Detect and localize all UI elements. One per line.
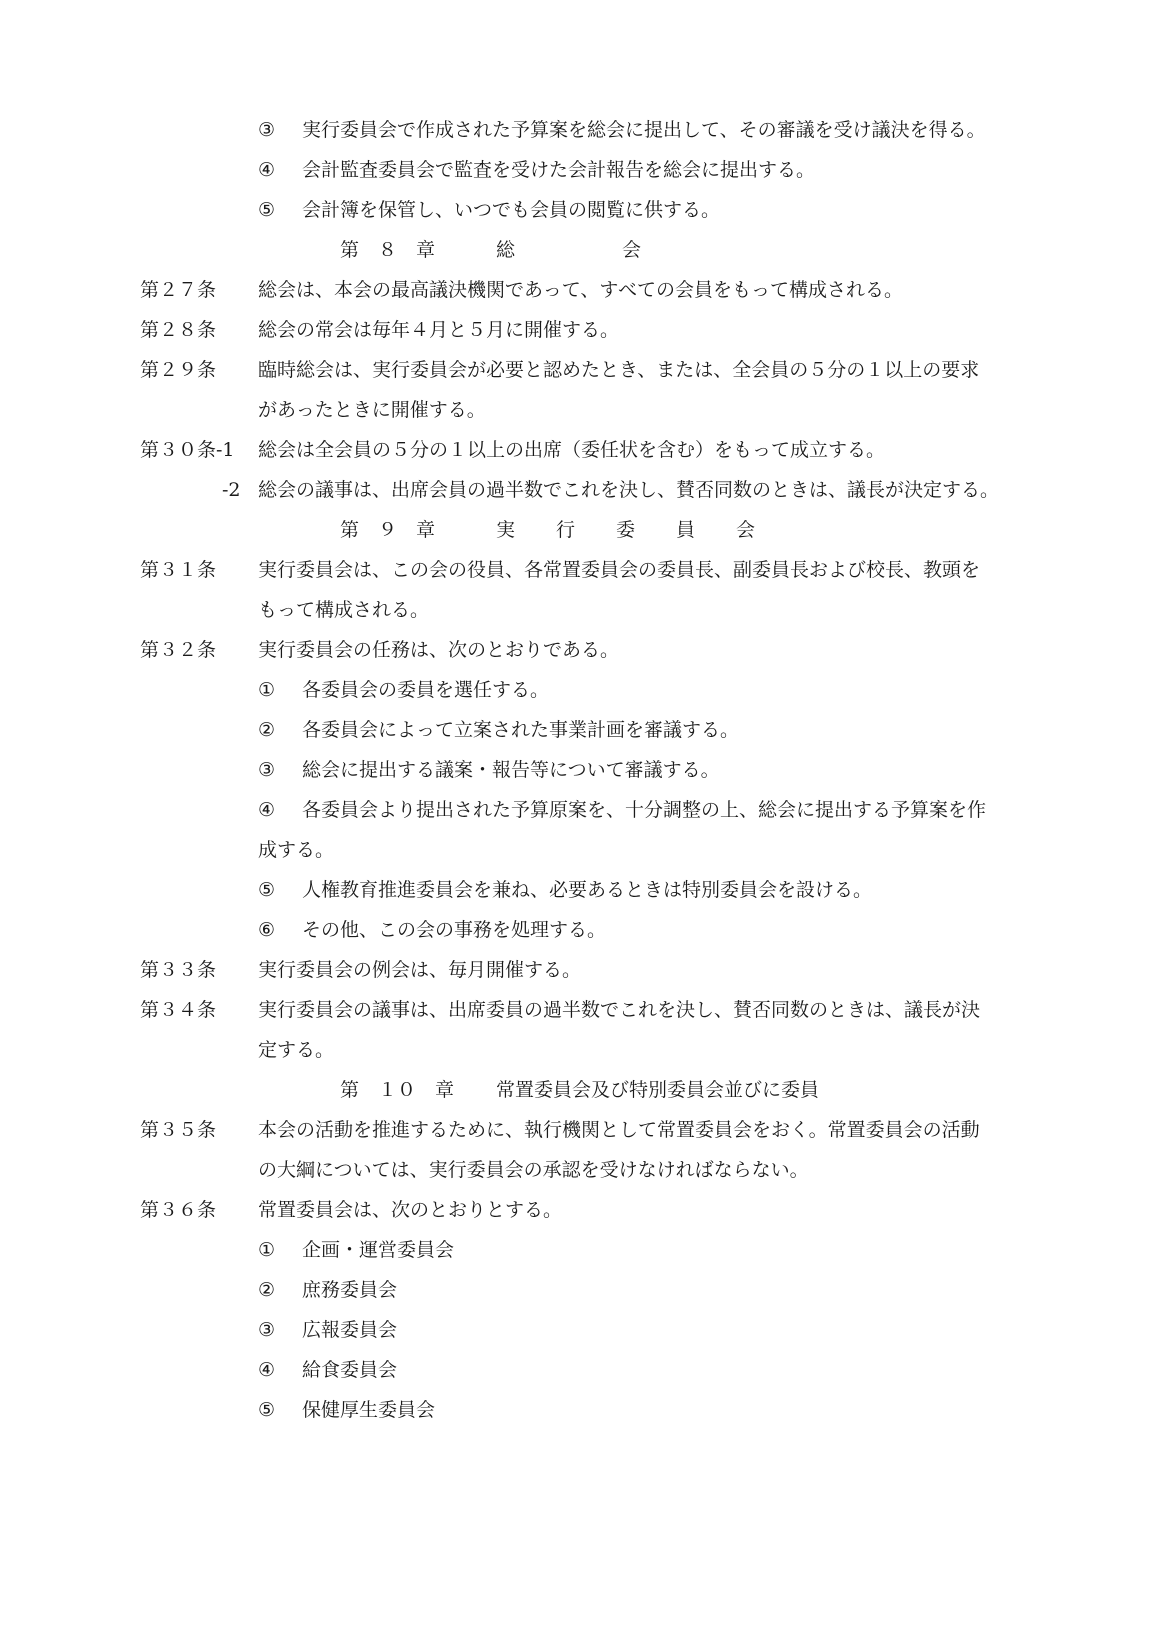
item-number: ③	[258, 758, 302, 782]
item-number: ③	[258, 1318, 302, 1342]
item-text: 総会に提出する議案・報告等について審議する。	[302, 759, 720, 781]
item-text: 企画・運営委員会	[302, 1239, 454, 1261]
item-number: ①	[258, 1238, 302, 1262]
article-28-text: 総会の常会は毎年４月と５月に開催する。	[258, 318, 619, 342]
item-number: ⑤	[258, 878, 302, 902]
chapter-8-label: 第 ８ 章	[340, 238, 435, 262]
list-item: ④各委員会より提出された予算原案を、十分調整の上、総会に提出する予算案を作	[258, 798, 986, 822]
article-34-label: 第３４条	[140, 998, 216, 1022]
item-text: 実行委員会で作成された予算案を総会に提出して、その審議を受け議決を得る。	[302, 119, 986, 141]
list-item: ②庶務委員会	[258, 1278, 397, 1302]
list-item: ⑤会計簿を保管し、いつでも会員の閲覧に供する。	[258, 198, 720, 222]
article-32-text: 実行委員会の任務は、次のとおりである。	[258, 638, 619, 662]
chapter-10-label: 第 １０ 章	[340, 1078, 454, 1102]
list-item: ③広報委員会	[258, 1318, 397, 1342]
list-item: ⑥その他、この会の事務を処理する。	[258, 918, 606, 942]
item-text: 広報委員会	[302, 1319, 397, 1341]
article-31-label: 第３１条	[140, 558, 216, 582]
list-item: ④給食委員会	[258, 1358, 397, 1382]
item-text: 各委員会によって立案された事業計画を審議する。	[302, 719, 739, 741]
list-item: ①企画・運営委員会	[258, 1238, 454, 1262]
list-item: ①各委員会の委員を選任する。	[258, 678, 549, 702]
article-33-label: 第３３条	[140, 958, 216, 982]
item-number: ②	[258, 1278, 302, 1302]
list-item: ⑤人権教育推進委員会を兼ね、必要あるときは特別委員会を設ける。	[258, 878, 872, 902]
item-text: 会計監査委員会で監査を受けた会計報告を総会に提出する。	[302, 159, 815, 181]
item-number: ④	[258, 158, 302, 182]
article-31-text-cont: もって構成される。	[258, 598, 429, 622]
article-36-label: 第３６条	[140, 1198, 216, 1222]
article-34-text: 実行委員会の議事は、出席委員の過半数でこれを決し、賛否同数のときは、議長が決	[258, 998, 980, 1022]
item-number: ④	[258, 1358, 302, 1382]
item-text: 各委員会の委員を選任する。	[302, 679, 549, 701]
article-32-label: 第３２条	[140, 638, 216, 662]
article-35-text-cont: の大綱については、実行委員会の承認を受けなければならない。	[258, 1158, 809, 1182]
article-30-text: 総会は全会員の５分の１以上の出席（委任状を含む）をもって成立する。	[258, 438, 885, 462]
article-31-text: 実行委員会は、この会の役員、各常置委員会の委員長、副委員長および校長、教頭を	[258, 558, 980, 582]
item-number: ⑤	[258, 1398, 302, 1422]
article-30-label: 第３０条-1	[140, 438, 235, 462]
item-number: ⑥	[258, 918, 302, 942]
list-item: ③総会に提出する議案・報告等について審議する。	[258, 758, 720, 782]
article-27-text: 総会は、本会の最高議決機関であって、すべての会員をもって構成される。	[258, 278, 903, 302]
item-text: 庶務委員会	[302, 1279, 397, 1301]
chapter-8-title: 総 会	[496, 238, 643, 262]
article-33-text: 実行委員会の例会は、毎月開催する。	[258, 958, 581, 982]
item-text: 各委員会より提出された予算原案を、十分調整の上、総会に提出する予算案を作	[302, 799, 986, 821]
item-number: ②	[258, 718, 302, 742]
item-text: 会計簿を保管し、いつでも会員の閲覧に供する。	[302, 199, 720, 221]
article-29-text-cont: があったときに開催する。	[258, 398, 486, 422]
article-29-text: 臨時総会は、実行委員会が必要と認めたとき、または、全会員の５分の１以上の要求	[258, 358, 979, 382]
list-item: ②各委員会によって立案された事業計画を審議する。	[258, 718, 739, 742]
article-28-label: 第２８条	[140, 318, 216, 342]
chapter-9-label: 第 ９ 章	[340, 518, 435, 542]
item-number: ①	[258, 678, 302, 702]
list-item: ⑤保健厚生委員会	[258, 1398, 435, 1422]
article-35-label: 第３５条	[140, 1118, 216, 1142]
document-page: ③実行委員会で作成された予算案を総会に提出して、その審議を受け議決を得る。 ④会…	[0, 0, 1170, 1645]
chapter-9-title: 実 行 委 員 会	[496, 518, 756, 542]
article-34-text-cont: 定する。	[258, 1038, 334, 1062]
article-30-sub-label: -2	[222, 478, 241, 502]
list-item: ③実行委員会で作成された予算案を総会に提出して、その審議を受け議決を得る。	[258, 118, 986, 142]
item-number: ④	[258, 798, 302, 822]
item-number: ⑤	[258, 198, 302, 222]
article-29-label: 第２９条	[140, 358, 216, 382]
item-text: 保健厚生委員会	[302, 1399, 435, 1421]
list-item: ④会計監査委員会で監査を受けた会計報告を総会に提出する。	[258, 158, 815, 182]
item-text: 給食委員会	[302, 1359, 397, 1381]
article-27-label: 第２７条	[140, 278, 216, 302]
article-30-sub-text: 総会の議事は、出席会員の過半数でこれを決し、賛否同数のときは、議長が決定する。	[258, 478, 999, 502]
list-item-cont: 成する。	[258, 838, 334, 862]
item-text: その他、この会の事務を処理する。	[302, 919, 606, 941]
item-text: 人権教育推進委員会を兼ね、必要あるときは特別委員会を設ける。	[302, 879, 872, 901]
article-35-text: 本会の活動を推進するために、執行機関として常置委員会をおく。常置委員会の活動	[258, 1118, 980, 1142]
item-number: ③	[258, 118, 302, 142]
chapter-10-title: 常置委員会及び特別委員会並びに委員	[496, 1078, 819, 1102]
article-36-text: 常置委員会は、次のとおりとする。	[258, 1198, 562, 1222]
